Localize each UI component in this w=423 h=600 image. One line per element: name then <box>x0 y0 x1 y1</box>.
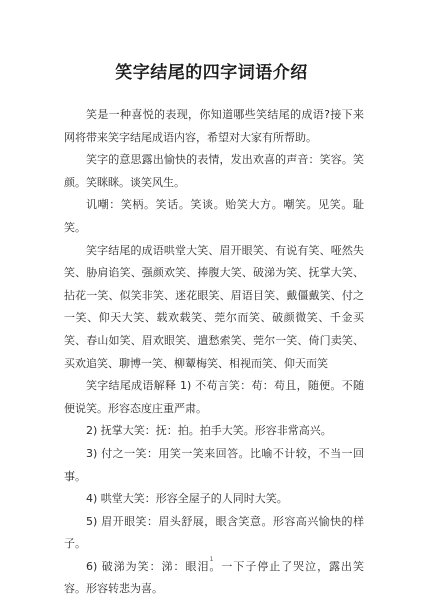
paragraph-explanation-1: 笑字结尾成语解释 1) 不苟言笑：苟：苟且，随便。不随便说笑。形容态度庄重严肃。 <box>64 375 364 420</box>
paragraph-mock: 讥嘲：笑柄。笑话。笑谈。贻笑大方。嘲笑。见笑。耻笑。 <box>64 194 364 239</box>
document-body: 笑是一种喜悦的表现，你知道哪些笑结尾的成语?接下来 网将带来笑字结尾成语内容，希… <box>64 104 364 600</box>
paragraph-intro: 笑是一种喜悦的表现，你知道哪些笑结尾的成语?接下来 网将带来笑字结尾成语内容，希… <box>64 104 364 149</box>
paragraph-idiom-list: 笑字结尾的成语哄堂大笑、眉开眼笑、有说有笑、哑然失笑、胁肩谄笑、强颜欢笑、捧腹大… <box>64 240 364 376</box>
paragraph-meaning: 笑字的意思露出愉快的表情，发出欢喜的声音：笑容。笑颜。笑眯眯。谈笑风生。 <box>64 149 364 194</box>
paragraph-explanation-5: 5) 眉开眼笑：眉头舒展，眼含笑意。形容高兴愉快的样子。 <box>64 511 364 556</box>
paragraph-explanation-3: 3) 付之一笑：用笑一笑来回答。比喻不计较，不当一回事。 <box>64 443 364 488</box>
page-number: 1 <box>0 556 423 563</box>
paragraph-explanation-2: 2) 抚掌大笑：抚：拍。拍手大笑。形容非常高兴。 <box>64 420 364 443</box>
document-page: 笑字结尾的四字词语介绍 笑是一种喜悦的表现，你知道哪些笑结尾的成语?接下来 网将… <box>0 0 423 600</box>
paragraph-explanation-4: 4) 哄堂大笑：形容全屋子的人同时大笑。 <box>64 488 364 511</box>
document-title: 笑字结尾的四字词语介绍 <box>0 58 423 83</box>
